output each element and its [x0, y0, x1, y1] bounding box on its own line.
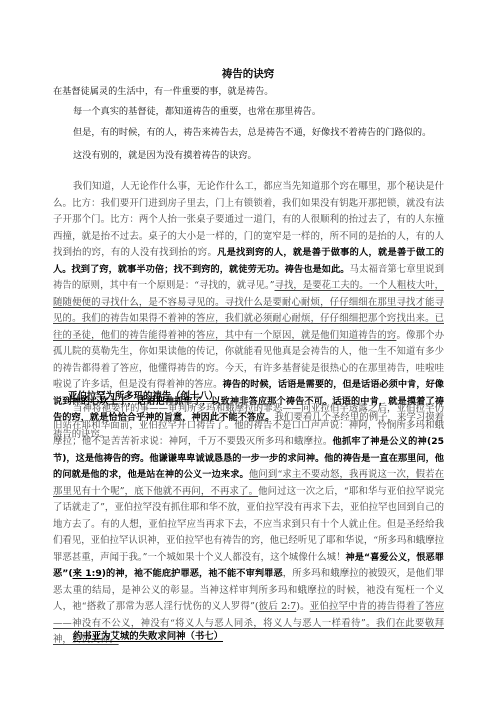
underlined-text-run: 来 1:9 [73, 568, 102, 579]
emphasized-text-run: )的神，祂不能庇护罪恶，祂不能不审判罪恶 [102, 568, 283, 579]
intro-block: 在基督徒属灵的生活中，有一件重要的事，就是祷告。 每一个真实的基督徒，都知道祷告… [53, 82, 444, 165]
intro-paragraph-1: 在基督徒属灵的生活中，有一件重要的事，就是祷告。 [53, 82, 444, 102]
intro-paragraph-3: 但是，有的时候，有的人，祷告来祷告去，总是祷告不通，好像找不着祷告的门路似的。 [53, 126, 444, 141]
document-title: 祷告的诀窍 [0, 66, 496, 81]
section-heading-joshua: 约书亚为艾城的失败求问神（书七） [73, 628, 223, 642]
underlined-text-run: 彼后 2:7 [259, 601, 297, 612]
section-abraham-text: 当神将祂要作的事——审判所多玛和蛾摩拉的罪恶——向亚拉伯罕透露之后，亚伯拉罕仍旧… [53, 401, 444, 649]
section-abraham-paragraph: 当神将祂要作的事——审判所多玛和蛾摩拉的罪恶——向亚拉伯罕透露之后，亚伯拉罕仍旧… [53, 401, 444, 649]
text-run: )。 [296, 601, 310, 612]
section-heading-abraham: 亚伯拉罕为所多玛的祷告（创十八） [68, 388, 218, 402]
intro-paragraph-4: 这没有别的，就是因为没有摸着祷告的诀窍。 [53, 146, 444, 166]
intro-paragraph-2: 每一个真实的基督徒，都知道祷告的重要，也常在那里祷告。 [53, 102, 444, 122]
document-page: 祷告的诀窍 在基督徒属灵的生活中，有一件重要的事，就是祷告。 每一个真实的基督徒… [0, 0, 496, 702]
